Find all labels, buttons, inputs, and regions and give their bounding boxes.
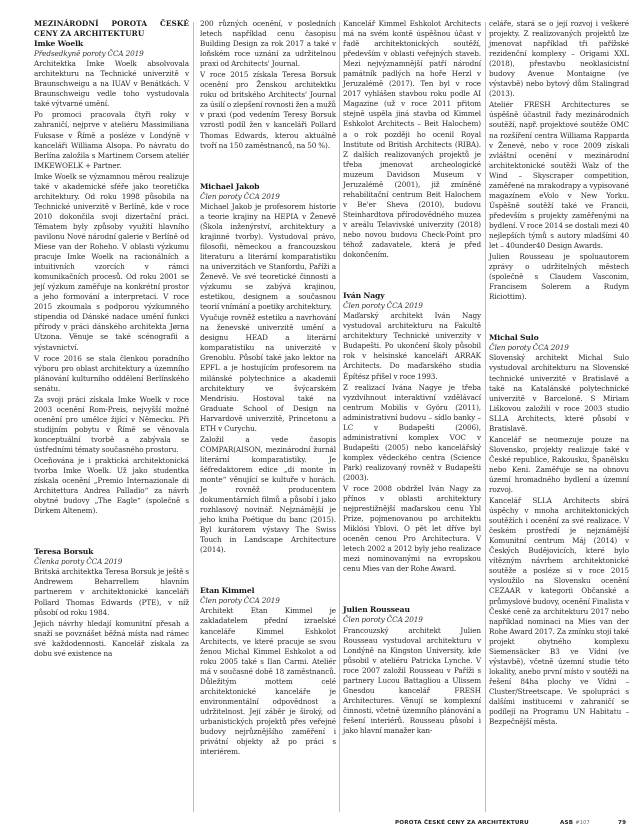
paragraph: Z realizací Ivána Nagye je třeba vyzdvih… [343, 383, 481, 483]
member-name: Michal Sulo [489, 333, 629, 343]
page-footer: POROTA ČESKÉ CENY ZA ARCHITEKTURU ASB #1… [395, 820, 635, 830]
paragraph: Za svoji práci získala Imke Woelk v roce… [34, 395, 189, 455]
member-name: Imke Woelk [34, 39, 189, 49]
member-role: Člen poroty ČCA 2019 [200, 192, 336, 202]
paragraph: 200 různých ocenění, v posledních letech… [200, 19, 336, 69]
section-heading: MEZINÁRODNÍ POROTA ČESKÉ CENY ZA ARCHITE… [34, 19, 189, 39]
paragraph: Julien Rousseau je spoluautorem zprávy o… [489, 252, 629, 302]
paragraph: Vyučuje rovněž estetiku a navrhování na … [200, 313, 336, 434]
text-column-3: Kancelář Kimmel Eshkolot Architects má n… [343, 19, 481, 737]
member-role: Člen poroty ČCA 2019 [200, 596, 336, 606]
paragraph: Francouzský architekt Julien Rousseau vy… [343, 626, 481, 737]
paragraph: V roce 2015 získala Teresa Borsuk oceněn… [200, 70, 336, 150]
member-name: Iván Nagy [343, 291, 481, 301]
text-column-1: MEZINÁRODNÍ POROTA ČESKÉ CENY ZA ARCHITE… [34, 19, 189, 660]
column-divider [339, 22, 340, 812]
paragraph: V roce 2008 obdržel Iván Nagy za přínos … [343, 484, 481, 574]
member-name: Teresa Borsuk [34, 547, 189, 557]
paragraph: Po promoci pracovala čtyři roky v zahran… [34, 110, 189, 170]
paragraph: V roce 2016 se stala členkou poradního v… [34, 354, 189, 394]
paragraph: Kancelář SLLA Architects sbírá úspěchy v… [489, 496, 629, 727]
text-column-2: 200 různých ocenění, v posledních letech… [200, 19, 336, 758]
footer-section-title: POROTA ČESKÉ CENY ZA ARCHITEKTURU [395, 820, 529, 826]
member-role: Členka poroty ČCA 2019 [34, 557, 189, 567]
paragraph: Kancelář se neomezuje pouze na Slovensko… [489, 435, 629, 495]
paragraph: Architektka Imke Woelk absolvovala archi… [34, 59, 189, 109]
paragraph: Slovenský architekt Michal Sulo vystudov… [489, 353, 629, 433]
paragraph: Oceňována je i praktická architektonická… [34, 456, 189, 516]
paragraph: Architekt Etan Kimmel je zakladatelem př… [200, 606, 336, 757]
paragraph: Ateliér FRESH Architectures se úspěšně ú… [489, 100, 629, 251]
magazine-label: ASB #107 [560, 820, 590, 826]
magazine-page: MEZINÁRODNÍ POROTA ČESKÉ CENY ZA ARCHITE… [0, 0, 640, 834]
paragraph: Kancelář Kimmel Eshkolot Architects má n… [343, 19, 481, 260]
paragraph: celáře, stará se o její rozvoj i veškeré… [489, 19, 629, 99]
text-column-4: celáře, stará se o její rozvoj i veškeré… [489, 19, 629, 728]
issue-number: #107 [575, 820, 590, 826]
member-role: Člen poroty ČCA 2019 [343, 301, 481, 311]
paragraph: Založil a vede časopis COMPAR(AISON, mez… [200, 435, 336, 556]
page-number: 79 [618, 820, 626, 826]
member-role: Člen poroty ČCA 2019 [489, 343, 629, 353]
paragraph: Britská architektka Teresa Borsuk je ješ… [34, 567, 189, 617]
member-role: Předsedkyně poroty ČCA 2019 [34, 49, 189, 59]
magazine-name: ASB [560, 820, 573, 826]
paragraph: Maďarský architekt Iván Nagy vystudoval … [343, 311, 481, 381]
column-divider [193, 22, 194, 812]
member-name: Michael Jakob [200, 182, 336, 192]
member-role: Člen poroty ČCA 2019 [343, 615, 481, 625]
paragraph: Jejich návrhy hledají komunitní přesah a… [34, 619, 189, 659]
member-name: Etan Kimmel [200, 586, 336, 596]
paragraph: Michael Jakob je profesorem historie a t… [200, 202, 336, 313]
member-name: Julien Rousseau [343, 605, 481, 615]
column-divider [485, 22, 486, 812]
paragraph: Imke Woelk se významnou měrou realizuje … [34, 172, 189, 353]
